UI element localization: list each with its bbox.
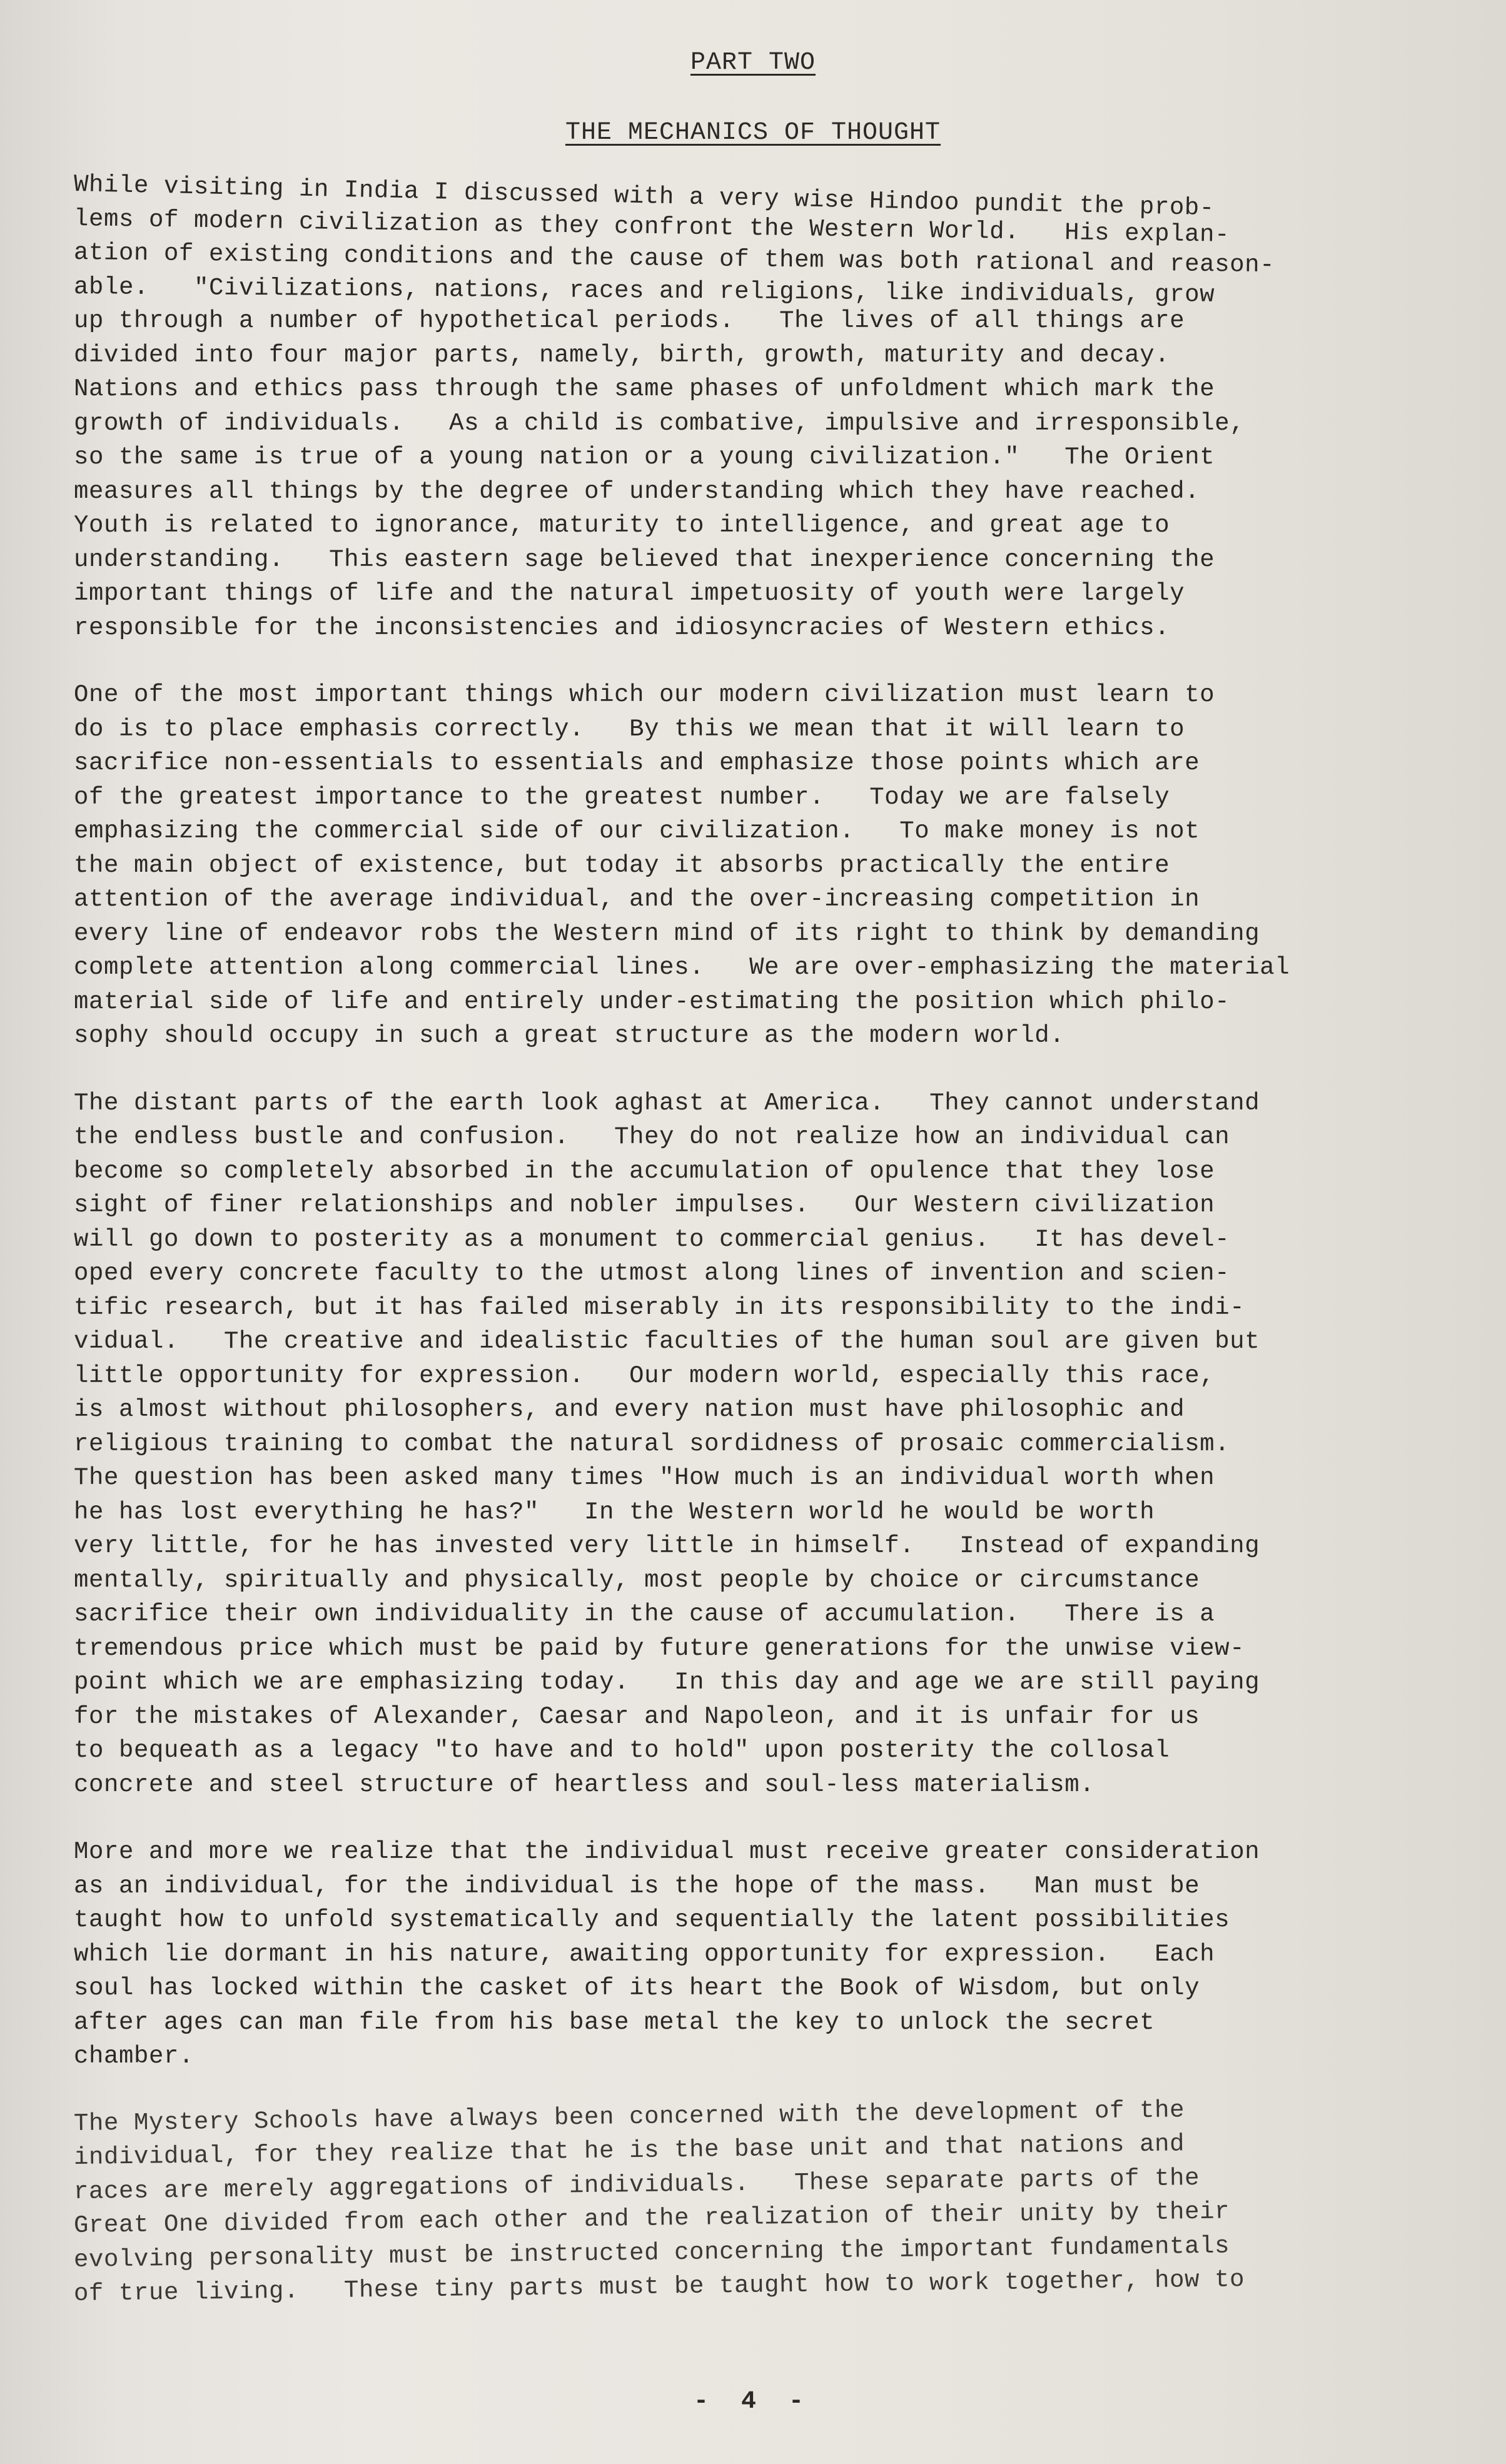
text-line: tific research, but it has failed misera… [74, 1291, 1450, 1325]
text-line: Youth is related to ignorance, maturity … [74, 508, 1450, 543]
part-title: PART TWO [0, 49, 1506, 77]
section-title: THE MECHANICS OF THOUGHT [0, 119, 1506, 147]
text-line: religious training to combat the natural… [74, 1427, 1450, 1462]
part-title-text: PART TWO [690, 49, 816, 77]
text-line: Nations and ethics pass through the same… [74, 372, 1450, 406]
text-line: The distant parts of the earth look agha… [74, 1086, 1450, 1121]
text-line: for the mistakes of Alexander, Caesar an… [74, 1700, 1450, 1734]
text-line: understanding. This eastern sage believe… [74, 543, 1450, 577]
text-line: little opportunity for expression. Our m… [74, 1359, 1450, 1393]
paragraph: While visiting in India I discussed with… [74, 168, 1450, 645]
text-line: The question has been asked many times "… [74, 1461, 1450, 1495]
paragraph: More and more we realize that the indivi… [74, 1835, 1450, 2074]
text-line: the main object of existence, but today … [74, 849, 1450, 883]
text-line: will go down to posterity as a monument … [74, 1223, 1450, 1257]
page-number: - 4 - [0, 2388, 1506, 2416]
text-line: as an individual, for the individual is … [74, 1869, 1450, 1904]
text-line: More and more we realize that the indivi… [74, 1835, 1450, 1869]
body-text: While visiting in India I discussed with… [74, 168, 1450, 2345]
text-line: concrete and steel structure of heartles… [74, 1768, 1450, 1802]
text-line: vidual. The creative and idealistic facu… [74, 1325, 1450, 1359]
text-line: become so completely absorbed in the acc… [74, 1154, 1450, 1189]
paragraph: The Mystery Schools have always been con… [74, 2107, 1450, 2311]
text-line: important things of life and the natural… [74, 577, 1450, 611]
text-line: material side of life and entirely under… [74, 985, 1450, 1019]
section-title-text: THE MECHANICS OF THOUGHT [565, 119, 941, 147]
text-line: of the greatest importance to the greate… [74, 780, 1450, 815]
paragraph: One of the most important things which o… [74, 678, 1450, 1053]
text-line: attention of the average individual, and… [74, 882, 1450, 917]
text-line: growth of individuals. As a child is com… [74, 406, 1450, 441]
text-line: after ages can man file from his base me… [74, 2006, 1450, 2040]
paragraph: The distant parts of the earth look agha… [74, 1086, 1450, 1802]
text-line: every line of endeavor robs the Western … [74, 917, 1450, 951]
text-line: tremendous price which must be paid by f… [74, 1632, 1450, 1666]
typewritten-page: PART TWO THE MECHANICS OF THOUGHT While … [0, 0, 1506, 2464]
text-line: complete attention along commercial line… [74, 951, 1450, 985]
text-line: emphasizing the commercial side of our c… [74, 814, 1450, 849]
text-line: responsible for the inconsistencies and … [74, 611, 1450, 645]
text-line: sight of finer relationships and nobler … [74, 1188, 1450, 1223]
text-line: is almost without philosophers, and ever… [74, 1393, 1450, 1427]
text-line: sacrifice non-essentials to essentials a… [74, 746, 1450, 780]
text-line: sacrifice their own individuality in the… [74, 1597, 1450, 1632]
text-line: sophy should occupy in such a great stru… [74, 1019, 1450, 1053]
text-line: One of the most important things which o… [74, 678, 1450, 712]
text-line: oped every concrete faculty to the utmos… [74, 1256, 1450, 1291]
text-line: taught how to unfold systematically and … [74, 1903, 1450, 1937]
text-line: so the same is true of a young nation or… [74, 440, 1450, 475]
text-line: which lie dormant in his nature, awaitin… [74, 1937, 1450, 1972]
text-line: very little, for he has invested very li… [74, 1529, 1450, 1563]
text-line: soul has locked within the casket of its… [74, 1971, 1450, 2006]
text-line: chamber. [74, 2039, 1450, 2074]
text-line: he has lost everything he has?" In the W… [74, 1495, 1450, 1530]
text-line: do is to place emphasis correctly. By th… [74, 712, 1450, 747]
text-line: the endless bustle and confusion. They d… [74, 1120, 1450, 1154]
text-line: point which we are emphasizing today. In… [74, 1665, 1450, 1700]
text-line: to bequeath as a legacy "to have and to … [74, 1734, 1450, 1768]
text-line: measures all things by the degree of und… [74, 475, 1450, 509]
text-line: divided into four major parts, namely, b… [74, 338, 1450, 373]
text-line: mentally, spiritually and physically, mo… [74, 1563, 1450, 1598]
